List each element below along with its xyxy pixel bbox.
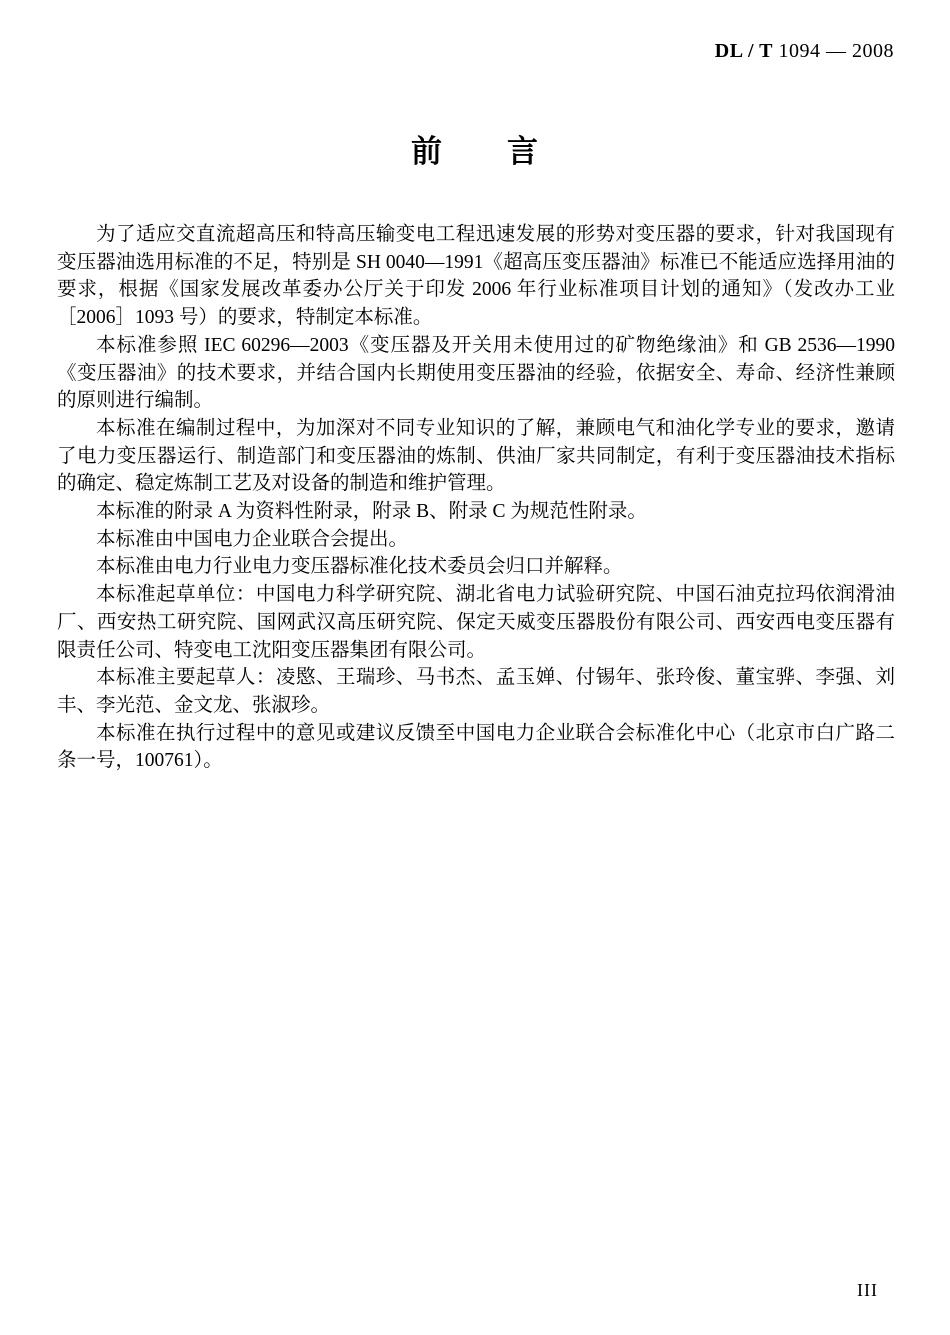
standard-code-number: 1094 — 2008 [779, 40, 895, 62]
page-number: III [857, 1280, 878, 1301]
page-title: 前 言 [0, 126, 950, 171]
paragraph: 本标准在编制过程中，为加深对不同专业知识的了解，兼顾电气和油化学专业的要求，邀请… [57, 415, 895, 498]
paragraph: 本标准由中国电力企业联合会提出。 [57, 526, 895, 554]
standard-code-prefix: DL / T [715, 40, 773, 62]
paragraph: 本标准起草单位：中国电力科学研究院、湖北省电力试验研究院、中国石油克拉玛依润滑油… [57, 581, 895, 664]
paragraph: 本标准的附录 A 为资料性附录，附录 B、附录 C 为规范性附录。 [57, 498, 895, 526]
paragraph: 本标准在执行过程中的意见或建议反馈至中国电力企业联合会标准化中心（北京市白广路二… [57, 720, 895, 775]
paragraph: 本标准参照 IEC 60296—2003《变压器及开关用未使用过的矿物绝缘油》和… [57, 332, 895, 415]
document-code: DL / T 1094 — 2008 [715, 40, 894, 63]
paragraph: 本标准由电力行业电力变压器标准化技术委员会归口并解释。 [57, 553, 895, 581]
document-page: DL / T 1094 — 2008 前 言 为了适应交直流超高压和特高压输变电… [0, 0, 950, 1335]
foreword-body: 为了适应交直流超高压和特高压输变电工程迅速发展的形势对变压器的要求，针对我国现有… [57, 221, 895, 775]
paragraph: 为了适应交直流超高压和特高压输变电工程迅速发展的形势对变压器的要求，针对我国现有… [57, 221, 895, 332]
paragraph: 本标准主要起草人：凌愍、王瑞珍、马书杰、孟玉婵、付锡年、张玲俊、董宝骅、李强、刘… [57, 664, 895, 719]
